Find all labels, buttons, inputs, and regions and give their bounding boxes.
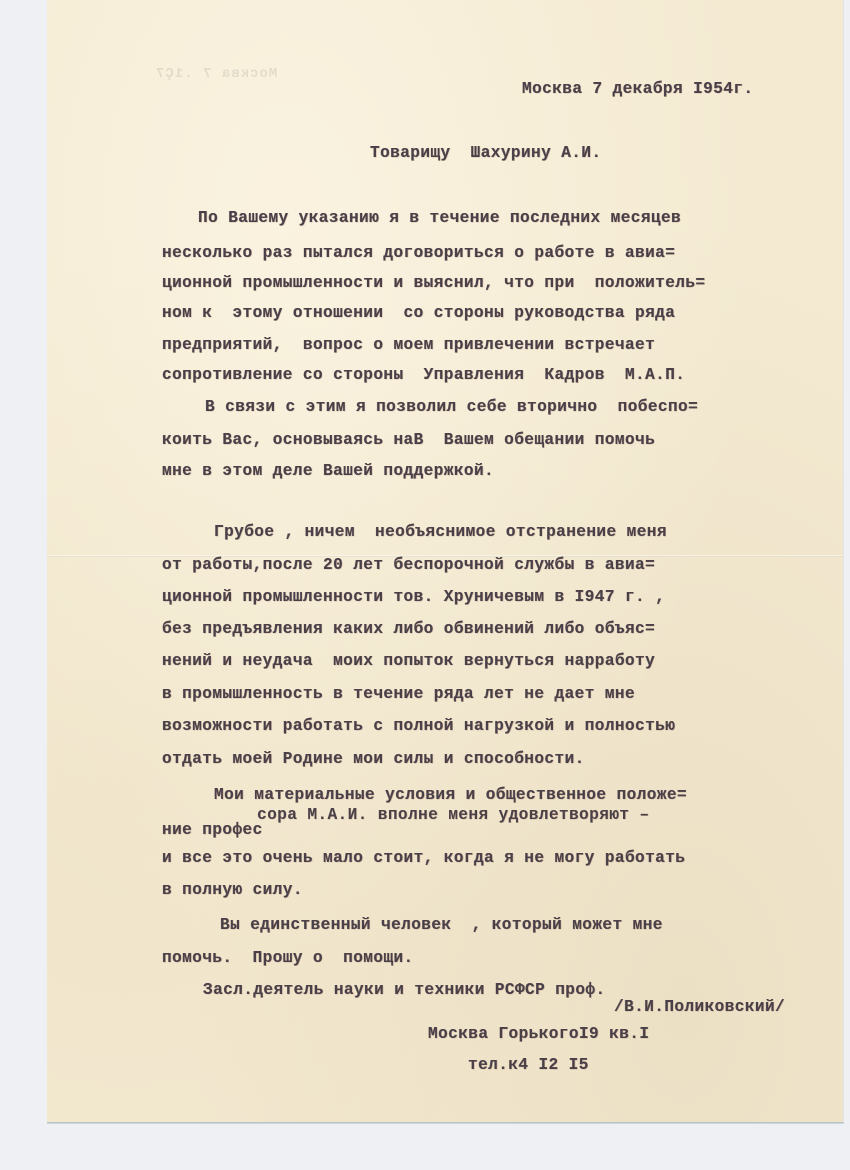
paragraph-1-line: ном к этому отношении со стороны руковод… bbox=[162, 303, 675, 323]
addressee: Товарищу Шахурину А.И. bbox=[370, 143, 601, 163]
paragraph-3-line: без предъявления каких либо обвинений ли… bbox=[162, 619, 655, 639]
signature-address: Москва ГорькогоI9 кв.I bbox=[428, 1024, 649, 1044]
paragraph-3-line: в промышленность в течение ряда лет не д… bbox=[162, 684, 635, 704]
signature-title: Засл.деятель науки и техники РСФСР проф. bbox=[203, 980, 606, 1000]
signature-phone: тел.к4 I2 I5 bbox=[468, 1055, 589, 1075]
paragraph-5-line: Вы единственный человек , который может … bbox=[220, 915, 663, 935]
paragraph-4-line: в полную силу. bbox=[162, 880, 303, 900]
paragraph-5-line: помочь. Прошу о помощи. bbox=[162, 948, 414, 968]
paragraph-2-line: коить Вас, основываясь наВ Вашем обещани… bbox=[162, 430, 655, 450]
paragraph-3-line: от работы,после 20 лет беспорочной служб… bbox=[162, 555, 655, 575]
paragraph-4-line: Мои материальные условия и общественное … bbox=[214, 785, 687, 805]
paragraph-4-line: и все это очень мало стоит, когда я не м… bbox=[162, 848, 685, 868]
paragraph-2-line: мне в этом деле Вашей поддержкой. bbox=[162, 461, 494, 481]
paragraph-1-line: ционной промышленности и выяснил, что пр… bbox=[162, 273, 705, 293]
paragraph-1-line: несколько раз пытался договориться о раб… bbox=[162, 243, 675, 263]
paragraph-1-line: предприятий, вопрос о моем привлечении в… bbox=[162, 335, 655, 355]
paragraph-3-line: Грубое , ничем необъяснимое отстранение … bbox=[214, 522, 667, 542]
bleed-through-text: Москва 7 .1Ç7 bbox=[155, 66, 277, 82]
paragraph-1-line: сопротивление со стороны Управления Кадр… bbox=[162, 365, 685, 385]
paragraph-3-line: возможности работать с полной нагрузкой … bbox=[162, 716, 675, 736]
paragraph-4-raised-text: сора М.А.И. вполне меня удовлетворяют – bbox=[257, 806, 650, 824]
paragraph-2-line: В связи с этим я позволил себе вторично … bbox=[205, 397, 698, 417]
paragraph-3-line: ционной промышленности тов. Хруничевым в… bbox=[162, 587, 665, 607]
date-line: Москва 7 декабря I954г. bbox=[522, 79, 753, 99]
paragraph-4-line: ние профес bbox=[162, 820, 263, 840]
paragraph-1-line: По Вашему указанию я в течение последних… bbox=[198, 208, 681, 228]
paragraph-3-line: отдать моей Родине мои силы и способност… bbox=[162, 749, 585, 769]
signature-name: /В.И.Поликовский/ bbox=[614, 997, 785, 1017]
paragraph-3-line: нений и неудача моих попыток вернуться н… bbox=[162, 651, 655, 671]
